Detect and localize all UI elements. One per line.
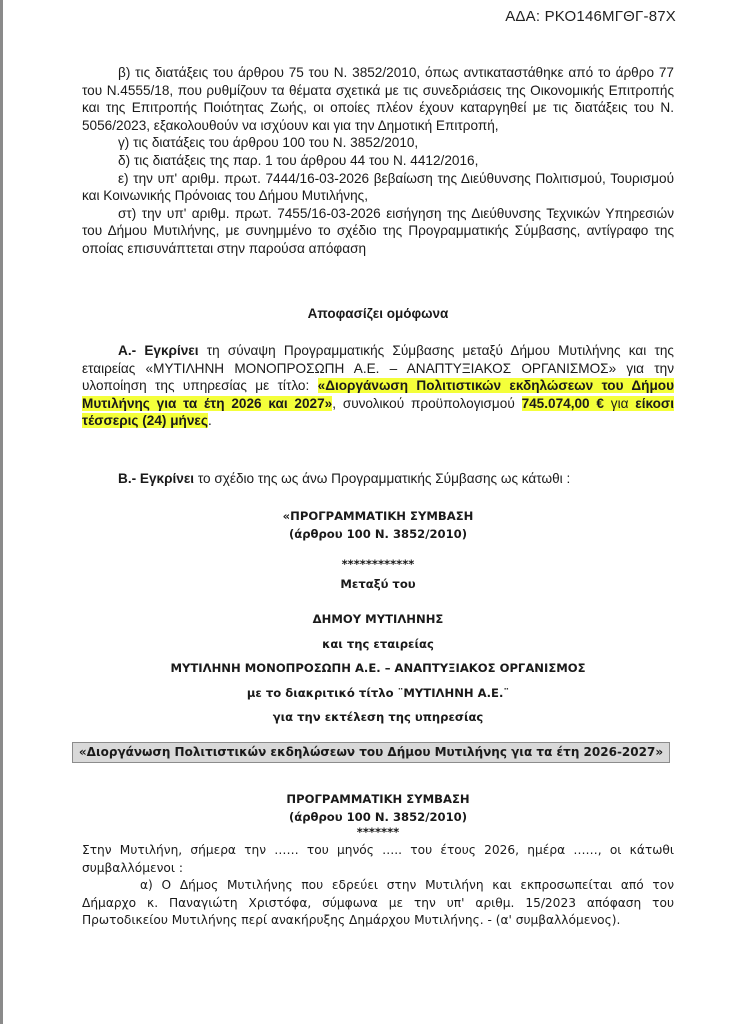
consideration-b: β) τις διατάξεις του άρθρου 75 του Ν. 38… xyxy=(82,64,674,134)
contract-party-a: α) Ο Δήμος Μυτιλήνης που εδρεύει στην Μυ… xyxy=(82,877,674,930)
contract-law-2: (άρθρου 100 Ν. 3852/2010) xyxy=(82,808,674,826)
consideration-g: γ) τις διατάξεις του άρθρου 100 του Ν. 3… xyxy=(82,134,674,152)
ada-code: ΑΔΑ: ΡΚΟ146ΜΓΘΓ-87Χ xyxy=(505,8,676,25)
contract-intro: Στην Μυτιλήνη, σήμερα την …… του μηνός …… xyxy=(82,842,674,877)
contract-title: «ΠΡΟΓΡΑΜΜΑΤΙΚΗ ΣΥΜΒΑΣΗ xyxy=(82,507,674,525)
consideration-d: δ) τις διατάξεις της παρ. 1 του άρθρου 4… xyxy=(82,152,674,170)
contract-between: Μεταξύ του xyxy=(82,577,674,591)
contract-law: (άρθρου 100 Ν. 3852/2010) xyxy=(82,525,674,543)
contract-stars: ************ xyxy=(82,557,674,571)
decision-a-amount: 745.074,00 € xyxy=(522,396,604,411)
decision-a-for: για xyxy=(604,396,635,411)
contract-for-service: για την εκτέλεση της υπηρεσίας xyxy=(82,710,674,724)
service-title-box: «Διοργάνωση Πολιτιστικών εκδηλώσεων του … xyxy=(72,742,670,763)
contract-body: Στην Μυτιλήνη, σήμερα την …… του μηνός …… xyxy=(82,842,674,930)
decision-a: Α.- Εγκρίνει τη σύναψη Προγραμματικής Σύ… xyxy=(82,342,674,430)
decision-a-budget-text: , συνολικού προϋπολογισμού xyxy=(332,396,521,411)
decision-heading: Αποφασίζει ομόφωνα xyxy=(82,306,674,321)
decision-b-label: Β.- Εγκρίνει xyxy=(118,471,194,486)
decision-a-label: Α.- Εγκρίνει xyxy=(118,343,199,358)
decision-b: Β.- Εγκρίνει το σχέδιο της ως άνω Προγρα… xyxy=(82,470,674,488)
decision-b-text: το σχέδιο της ως άνω Προγραμματικής Σύμβ… xyxy=(194,471,570,486)
contract-stars-2: ******* xyxy=(82,826,674,838)
contract-title-2: ΠΡΟΓΡΑΜΜΑΤΙΚΗ ΣΥΜΒΑΣΗ xyxy=(82,790,674,808)
contract-and-company: και της εταιρείας xyxy=(82,637,674,651)
considerations-block: β) τις διατάξεις του άρθρου 75 του Ν. 38… xyxy=(82,64,674,258)
page-edge-bar xyxy=(0,0,3,1024)
contract-distinctive-title: με το διακριτικό τίτλο ¨ΜΥΤΙΛΗΝΗ Α.Ε.¨ xyxy=(82,686,674,700)
consideration-st: στ) την υπ' αριθμ. πρωτ. 7455/16-03-2026… xyxy=(82,205,674,258)
contract-party1: ΔΗΜΟΥ ΜΥΤΙΛΗΝΗΣ xyxy=(82,612,674,626)
consideration-e: ε) την υπ' αριθμ. πρωτ. 7444/16-03-2026 … xyxy=(82,170,674,205)
contract-party2: ΜΥΤΙΛΗΝΗ ΜΟΝΟΠΡΟΣΩΠΗ Α.Ε. – ΑΝΑΠΤΥΞΙΑΚΟΣ… xyxy=(82,661,674,675)
